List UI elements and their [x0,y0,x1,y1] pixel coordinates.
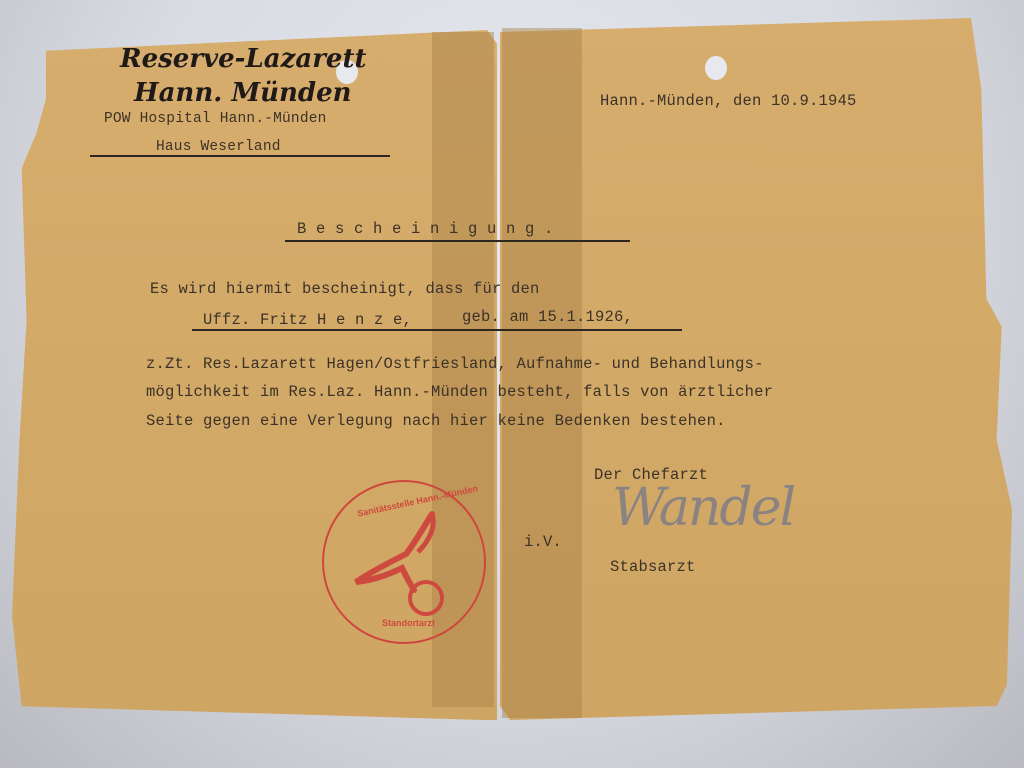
handwritten-signature: Wandel [612,478,794,538]
official-stamp: Sanitätsstelle Hann.-Münden Standortarzt [322,480,486,644]
place-date: Hann.-Münden, den 10.9.1945 [600,92,857,110]
body-line5: Seite gegen eine Verlegung nach hier kei… [146,412,726,430]
letterhead-line4: Haus Weserland [156,139,281,155]
eagle-wreath-icon [344,502,464,622]
body-line1: Es wird hiermit bescheinigt, dass für de… [150,280,540,298]
body-line4: möglichkeit im Res.Laz. Hann.-Münden bes… [146,383,773,401]
letterhead-underline [90,155,390,157]
document-title: B e s c h e i n i g u n g . [297,220,554,238]
name-underline [192,329,682,331]
letterhead-line1: Reserve-Lazarett [120,44,366,74]
signature-proxy: i.V. [524,533,562,551]
signature-rank: Stabsarzt [610,558,696,576]
body-line3: z.Zt. Res.Lazarett Hagen/Ostfriesland, A… [146,355,764,373]
punch-hole-right [705,56,727,80]
body-birth-date: geb. am 15.1.1926, [462,308,633,326]
title-underline [285,240,630,242]
tape-strip-right [502,28,582,718]
letterhead-line2: Hann. Münden [134,78,352,108]
letterhead-line3: POW Hospital Hann.-Münden [104,111,327,127]
body-rank-name: Uffz. Fritz H e n z e, [203,311,412,329]
